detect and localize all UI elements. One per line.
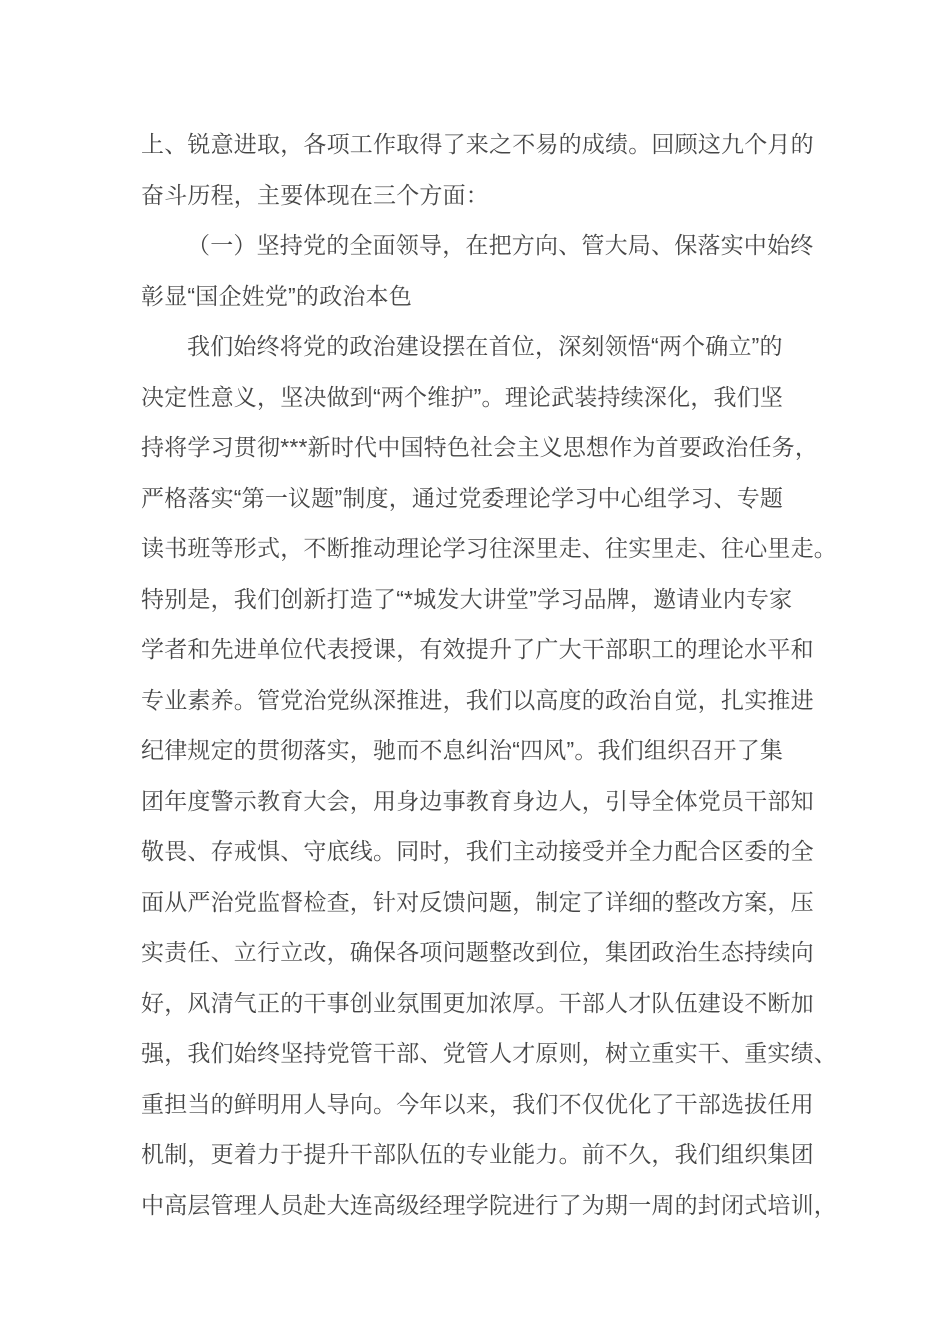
- text-line: 实责任、立行立改，确保各项问题整改到位，集团政治生态持续向: [141, 927, 835, 978]
- text-line: 奋斗历程，主要体现在三个方面：: [141, 170, 835, 221]
- text-line: 面从严治党监督检查，针对反馈问题，制定了详细的整改方案，压: [141, 877, 835, 928]
- paragraph-continuation: 上、锐意进取，各项工作取得了来之不易的成绩。回顾这九个月的 奋斗历程，主要体现在…: [141, 119, 835, 220]
- text-line: 严格落实“第一议题”制度，通过党委理论学习中心组学习、专题: [141, 473, 835, 524]
- text-line: 我们始终将党的政治建设摆在首位，深刻领悟“两个确立”的: [141, 321, 835, 372]
- section-heading-line: （一）坚持党的全面领导，在把方向、管大局、保落实中始终: [141, 220, 835, 271]
- section-heading-line: 彰显“国企姓党”的政治本色: [141, 271, 835, 322]
- text-line: 上、锐意进取，各项工作取得了来之不易的成绩。回顾这九个月的: [141, 119, 835, 170]
- text-line: 重担当的鲜明用人导向。今年以来，我们不仅优化了干部选拔任用: [141, 1079, 835, 1130]
- text-line: 中高层管理人员赴大连高级经理学院进行了为期一周的封闭式培训，: [141, 1180, 835, 1231]
- text-line: 特别是，我们创新打造了“*城发大讲堂”学习品牌，邀请业内专家: [141, 574, 835, 625]
- section-heading-paragraph: （一）坚持党的全面领导，在把方向、管大局、保落实中始终 彰显“国企姓党”的政治本…: [141, 220, 835, 321]
- text-line: 强，我们始终坚持党管干部、党管人才原则，树立重实干、重实绩、: [141, 1028, 835, 1079]
- text-line: 好，风清气正的干事创业氛围更加浓厚。干部人才队伍建设不断加: [141, 978, 835, 1029]
- text-line: 专业素养。管党治党纵深推进，我们以高度的政治自觉，扎实推进: [141, 675, 835, 726]
- text-line: 决定性意义，坚决做到“两个维护”。理论武装持续深化，我们坚: [141, 372, 835, 423]
- text-line: 持将学习贯彻***新时代中国特色社会主义思想作为首要政治任务，: [141, 422, 835, 473]
- text-line: 学者和先进单位代表授课，有效提升了广大干部职工的理论水平和: [141, 624, 835, 675]
- text-line: 敬畏、存戒惧、守底线。同时，我们主动接受并全力配合区委的全: [141, 826, 835, 877]
- document-page: 上、锐意进取，各项工作取得了来之不易的成绩。回顾这九个月的 奋斗历程，主要体现在…: [0, 0, 950, 1344]
- text-line: 团年度警示教育大会，用身边事教育身边人，引导全体党员干部知: [141, 776, 835, 827]
- text-line: 纪律规定的贯彻落实，驰而不息纠治“四风”。我们组织召开了集: [141, 725, 835, 776]
- text-line: 机制，更着力于提升干部队伍的专业能力。前不久，我们组织集团: [141, 1129, 835, 1180]
- body-paragraph: 我们始终将党的政治建设摆在首位，深刻领悟“两个确立”的 决定性意义，坚决做到“两…: [141, 321, 835, 1230]
- text-line: 读书班等形式，不断推动理论学习往深里走、往实里走、往心里走。: [141, 523, 835, 574]
